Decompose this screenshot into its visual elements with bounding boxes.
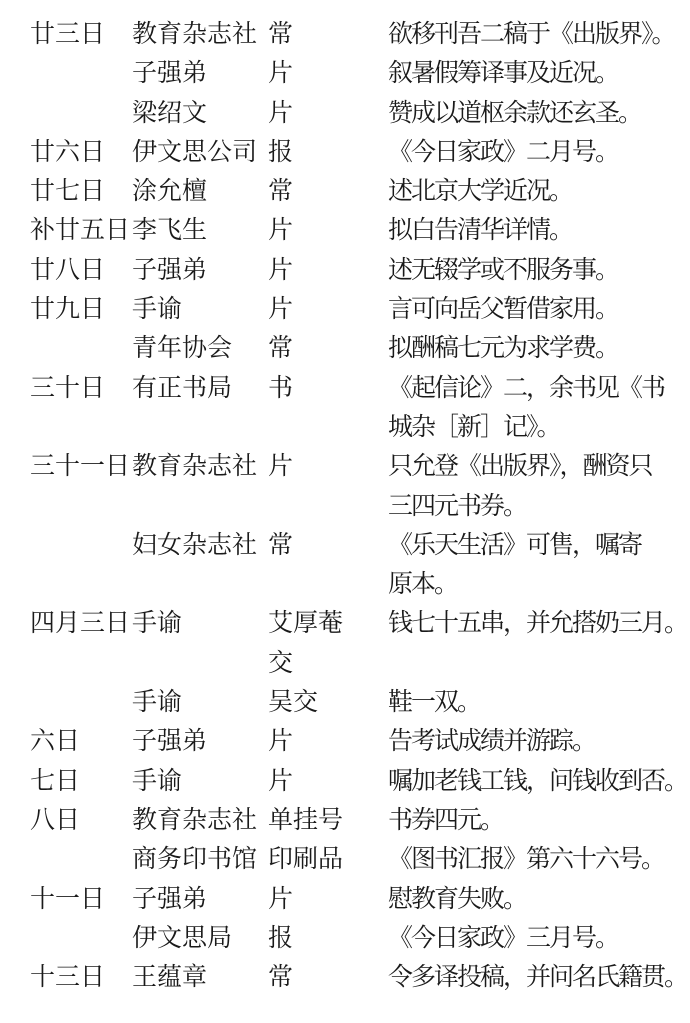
mail-type-cell: 常 [268,329,388,368]
summary-cell: 令多译投稿，并问名氏籍贯。 [388,958,690,997]
ledger-row: 补廿五日 李飞生 片 拟白告清华详情。 [30,211,690,250]
sender-cell: 手谕 [132,683,268,722]
ledger-row: 梁绍文 片 赞成以道枢余款还玄圣。 [30,94,690,133]
date-cell: 八日 [30,801,132,840]
mail-type-cell: 艾厚菴 交 [268,604,388,683]
ledger-row: 十三日 王蕴章 常 令多译投稿，并问名氏籍贯。 [30,958,690,997]
ledger-row: 商务印书馆 印刷品 《图书汇报》第六十六号。 [30,840,690,879]
sender-cell: 梁绍文 [132,94,268,133]
mail-type-cell: 报 [268,133,388,172]
sender-cell: 王蕴章 [132,958,268,997]
summary-cell: 告考试成绩并游踪。 [388,722,690,761]
ledger-row: 十一日 子强弟 片 慰教育失败。 [30,880,690,919]
summary-cell: 《今日家政》二月号。 [388,133,690,172]
mail-type-cell: 印刷品 [268,840,388,879]
ledger-row: 手谕 吴交 鞋一双。 [30,683,690,722]
date-cell: 廿八日 [30,251,132,290]
mail-type-cell: 片 [268,722,388,761]
sender-cell: 伊文思公司 [132,133,268,172]
mail-type-cell: 片 [268,447,388,486]
mail-type-cell: 常 [268,958,388,997]
ledger-row: 四月三日 手谕 艾厚菴 交 钱七十五串，并允搭奶三月。 [30,604,690,683]
ledger-row: 六日 子强弟 片 告考试成绩并游踪。 [30,722,690,761]
ledger-row: 廿九日 手谕 片 言可向岳父暂借家用。 [30,290,690,329]
summary-cell: 慰教育失败。 [388,880,690,919]
sender-cell: 子强弟 [132,54,268,93]
sender-cell: 子强弟 [132,251,268,290]
date-cell: 廿九日 [30,290,132,329]
sender-cell: 青年协会 [132,329,268,368]
ledger-row: 廿三日 教育杂志社 常 欲移刊吾二稿于《出版界》。 [30,15,690,54]
sender-cell: 伊文思局 [132,919,268,958]
mail-type-cell: 常 [268,172,388,211]
date-cell: 廿七日 [30,172,132,211]
ledger-row: 伊文思局 报 《今日家政》三月号。 [30,919,690,958]
date-cell: 十三日 [30,958,132,997]
sender-cell: 子强弟 [132,722,268,761]
summary-cell: 鞋一双。 [388,683,690,722]
mail-type-cell: 片 [268,762,388,801]
sender-cell: 教育杂志社 [132,447,268,486]
date-cell: 补廿五日 [30,211,132,250]
summary-cell: 《图书汇报》第六十六号。 [388,840,690,879]
summary-cell: 叙暑假筹译事及近况。 [388,54,690,93]
sender-cell: 手谕 [132,604,268,643]
ledger-body: 廿三日 教育杂志社 常 欲移刊吾二稿于《出版界》。 子强弟 片 叙暑假筹译事及近… [30,15,690,997]
ledger-row: 廿六日 伊文思公司 报 《今日家政》二月号。 [30,133,690,172]
mail-type-cell: 吴交 [268,683,388,722]
ledger-row: 青年协会 常 拟酬稿七元为求学费。 [30,329,690,368]
ledger-row: 子强弟 片 叙暑假筹译事及近况。 [30,54,690,93]
ledger-row: 三十日 有正书局 书 《起信论》二，余书见《书 城杂［新］记》。 [30,369,690,448]
mail-type-cell: 常 [268,526,388,565]
summary-cell: 《乐天生活》可售，嘱寄 原本。 [388,526,690,605]
date-cell: 廿六日 [30,133,132,172]
document-page: 廿三日 教育杂志社 常 欲移刊吾二稿于《出版界》。 子强弟 片 叙暑假筹译事及近… [0,0,690,1023]
sender-cell: 手谕 [132,762,268,801]
ledger-row: 妇女杂志社 常 《乐天生活》可售，嘱寄 原本。 [30,526,690,605]
date-cell: 三十日 [30,369,132,408]
summary-cell: 拟白告清华详情。 [388,211,690,250]
sender-cell: 涂允檀 [132,172,268,211]
sender-cell: 商务印书馆 [132,840,268,879]
summary-cell: 《起信论》二，余书见《书 城杂［新］记》。 [388,369,690,448]
sender-cell: 李飞生 [132,211,268,250]
date-cell: 三十一日 [30,447,132,486]
mail-type-cell: 片 [268,880,388,919]
ledger-row: 廿八日 子强弟 片 述无辍学或不服务事。 [30,251,690,290]
mail-type-cell: 单挂号 [268,801,388,840]
mail-type-cell: 片 [268,94,388,133]
sender-cell: 妇女杂志社 [132,526,268,565]
sender-cell: 有正书局 [132,369,268,408]
sender-cell: 手谕 [132,290,268,329]
summary-cell: 述北京大学近况。 [388,172,690,211]
mail-type-cell: 常 [268,15,388,54]
summary-cell: 书券四元。 [388,801,690,840]
sender-cell: 教育杂志社 [132,15,268,54]
summary-cell: 赞成以道枢余款还玄圣。 [388,94,690,133]
mail-type-cell: 片 [268,251,388,290]
ledger-row: 廿七日 涂允檀 常 述北京大学近况。 [30,172,690,211]
summary-cell: 拟酬稿七元为求学费。 [388,329,690,368]
date-cell: 廿三日 [30,15,132,54]
ledger-row: 八日 教育杂志社 单挂号 书券四元。 [30,801,690,840]
summary-cell: 《今日家政》三月号。 [388,919,690,958]
date-cell: 四月三日 [30,604,132,643]
summary-cell: 嘱加老钱工钱，问钱收到否。 [388,762,690,801]
mail-type-cell: 片 [268,290,388,329]
date-cell: 七日 [30,762,132,801]
ledger-row: 七日 手谕 片 嘱加老钱工钱，问钱收到否。 [30,762,690,801]
sender-cell: 子强弟 [132,880,268,919]
summary-cell: 述无辍学或不服务事。 [388,251,690,290]
date-cell: 十一日 [30,880,132,919]
summary-cell: 只允登《出版界》，酬资只 三四元书券。 [388,447,690,526]
summary-cell: 言可向岳父暂借家用。 [388,290,690,329]
mail-type-cell: 片 [268,211,388,250]
ledger-row: 三十一日 教育杂志社 片 只允登《出版界》，酬资只 三四元书券。 [30,447,690,526]
sender-cell: 教育杂志社 [132,801,268,840]
mail-type-cell: 片 [268,54,388,93]
mail-type-cell: 书 [268,369,388,408]
summary-cell: 钱七十五串，并允搭奶三月。 [388,604,690,643]
date-cell: 六日 [30,722,132,761]
summary-cell: 欲移刊吾二稿于《出版界》。 [388,15,690,54]
mail-type-cell: 报 [268,919,388,958]
